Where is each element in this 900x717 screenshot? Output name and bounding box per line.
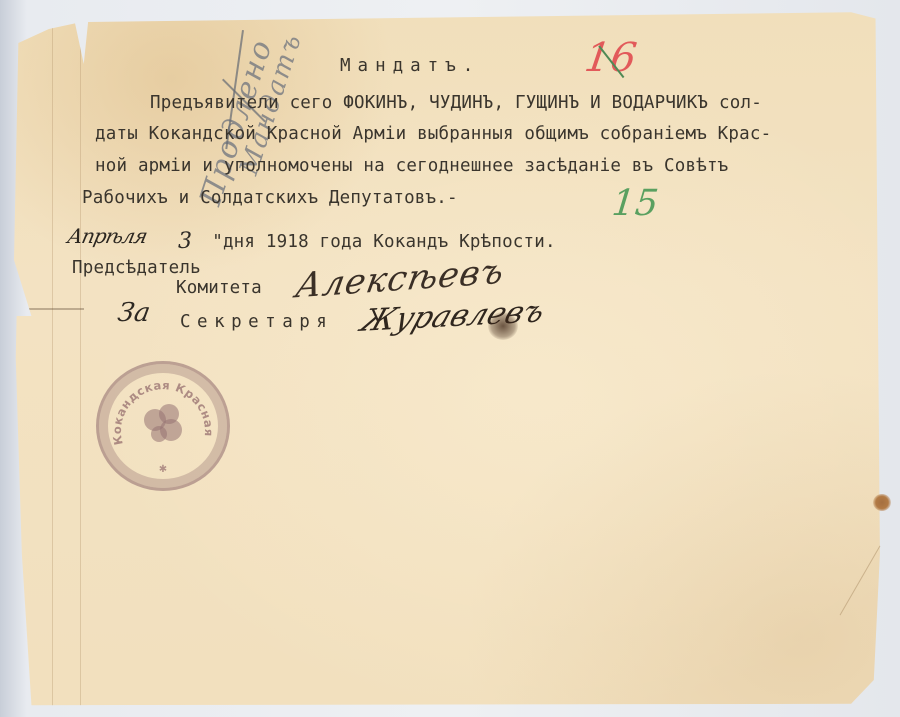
chair-signature: Алексѣевъ: [293, 254, 507, 303]
body-line: даты Кокандской Красной Арміи выбранныя …: [95, 126, 771, 144]
body-line: ной арміи и уполномочены на сегоднешнее …: [95, 158, 728, 176]
date-line: Апрѣля 3"дня 1918 года Кокандъ Крѣпости.: [82, 230, 556, 252]
date-typed-text: "дня 1918 года Кокандъ Крѣпости.: [212, 232, 556, 252]
handwritten-month: Апрѣля: [66, 226, 149, 246]
ink-blot: [488, 312, 518, 340]
date-typed: 3"дня 1918 года Кокандъ Крѣпости.: [178, 232, 556, 252]
svg-text:✱: ✱: [159, 464, 167, 475]
round-stamp: Кокандская Красная Армія ✱: [96, 361, 230, 491]
document-title: Мандатъ.: [340, 58, 480, 76]
stain-spot: [873, 494, 891, 511]
chair-label: Предсѣдатель: [72, 260, 201, 278]
body-line: Предъявители сего ФОКИНЪ, ЧУДИНЪ, ГУЩИНЪ…: [150, 95, 762, 113]
green-page-number: 15: [610, 186, 660, 222]
secretary-signature: Журавлевъ: [357, 297, 549, 337]
handwritten-za: За: [116, 300, 153, 326]
handwritten-day: 3: [178, 229, 192, 254]
secretary-label: Секретаря: [180, 314, 333, 332]
document-text: Продлено Мандатъ Мандатъ. Предъявители с…: [0, 0, 900, 717]
red-page-number: 16: [582, 38, 639, 78]
committee-label: Комитета: [176, 280, 262, 298]
body-line: Рабочихъ и Солдатскихъ Депутатовъ.-: [82, 190, 458, 208]
stamp-emblem-icon: Кокандская Красная Армія ✱: [99, 364, 227, 488]
